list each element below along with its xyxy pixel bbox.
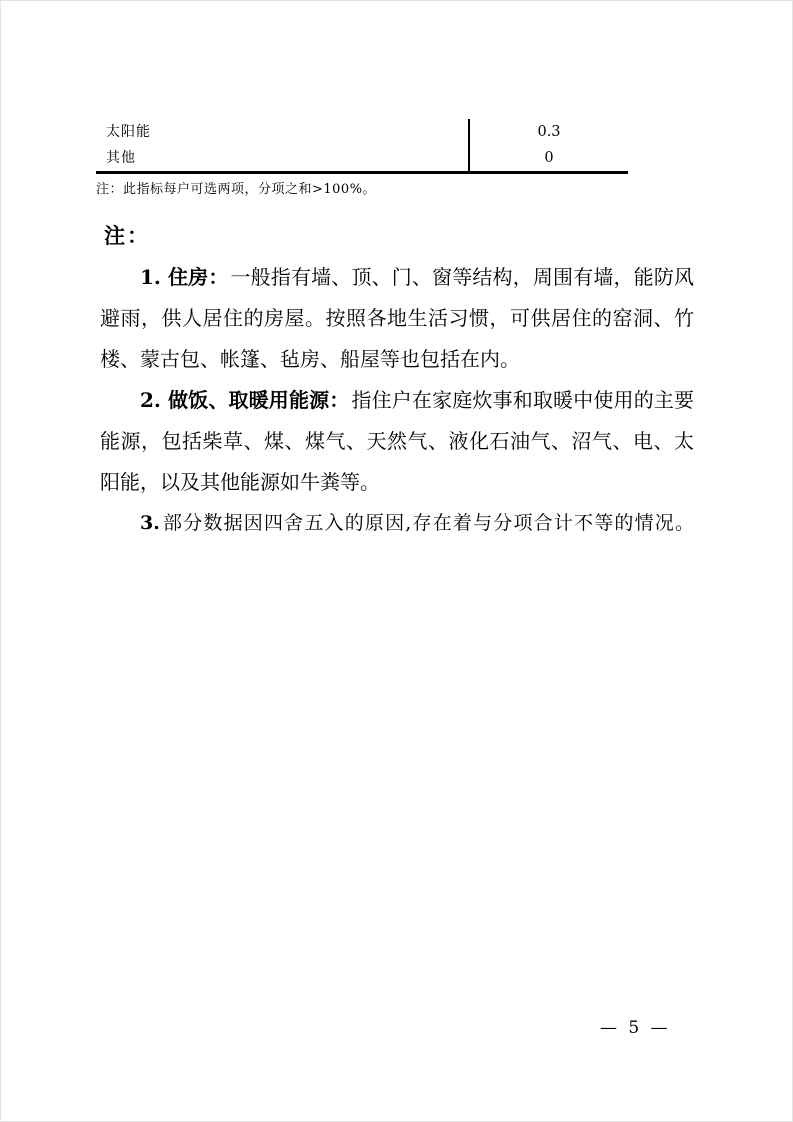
note-item-3-lead: 3.	[140, 512, 160, 534]
document-page: 太阳能 0.3 其他 0 注：此指标每户可选两项，分项之和>100%。 注： 1…	[0, 0, 793, 1122]
note-item-2-text-1: 指住户在家庭炊事和取暖中使用的主要	[351, 388, 694, 412]
note-item-3-line-1: 3.部分数据因四舍五入的原因,存在着与分项合计不等的情况。	[100, 503, 694, 544]
table-row-value-other: 0	[468, 145, 628, 171]
note-item-3-text-1: 部分数据因四舍五入的原因,存在着与分项合计不等的情况。	[162, 512, 694, 534]
notes-body: 1. 住房：一般指有墙、顶、门、窗等结构，周围有墙，能防风 避雨，供人居住的房屋…	[100, 257, 694, 544]
note-item-2-line-2: 能源，包括柴草、煤、煤气、天然气、液化石油气、沼气、电、太	[100, 421, 694, 462]
note-item-2-line-3: 阳能，以及其他能源如牛粪等。	[100, 462, 694, 503]
table-row-label-solar: 太阳能	[96, 119, 468, 145]
note-item-2-lead: 2. 做饭、取暖用能源：	[140, 388, 349, 412]
note-item-1-line-3: 楼、蒙古包、帐篷、毡房、船屋等也包括在内。	[100, 339, 694, 380]
note-item-1-text-1: 一般指有墙、顶、门、窗等结构，周围有墙，能防风	[230, 265, 694, 289]
note-item-2-line-1: 2. 做饭、取暖用能源：指住户在家庭炊事和取暖中使用的主要	[100, 380, 694, 421]
note-item-1-line-1: 1. 住房：一般指有墙、顶、门、窗等结构，周围有墙，能防风	[100, 257, 694, 298]
energy-source-table-fragment: 太阳能 0.3 其他 0	[96, 119, 628, 174]
table-row-label-other: 其他	[96, 145, 468, 171]
table-row-value-solar: 0.3	[468, 119, 628, 145]
page-number: — 5 —	[600, 1018, 671, 1038]
table-footnote: 注：此指标每户可选两项，分项之和>100%。	[96, 178, 376, 197]
notes-heading: 注：	[104, 220, 150, 250]
note-item-1-line-2: 避雨，供人居住的房屋。按照各地生活习惯，可供居住的窑洞、竹	[100, 298, 694, 339]
note-item-1-lead: 1. 住房：	[140, 265, 228, 289]
